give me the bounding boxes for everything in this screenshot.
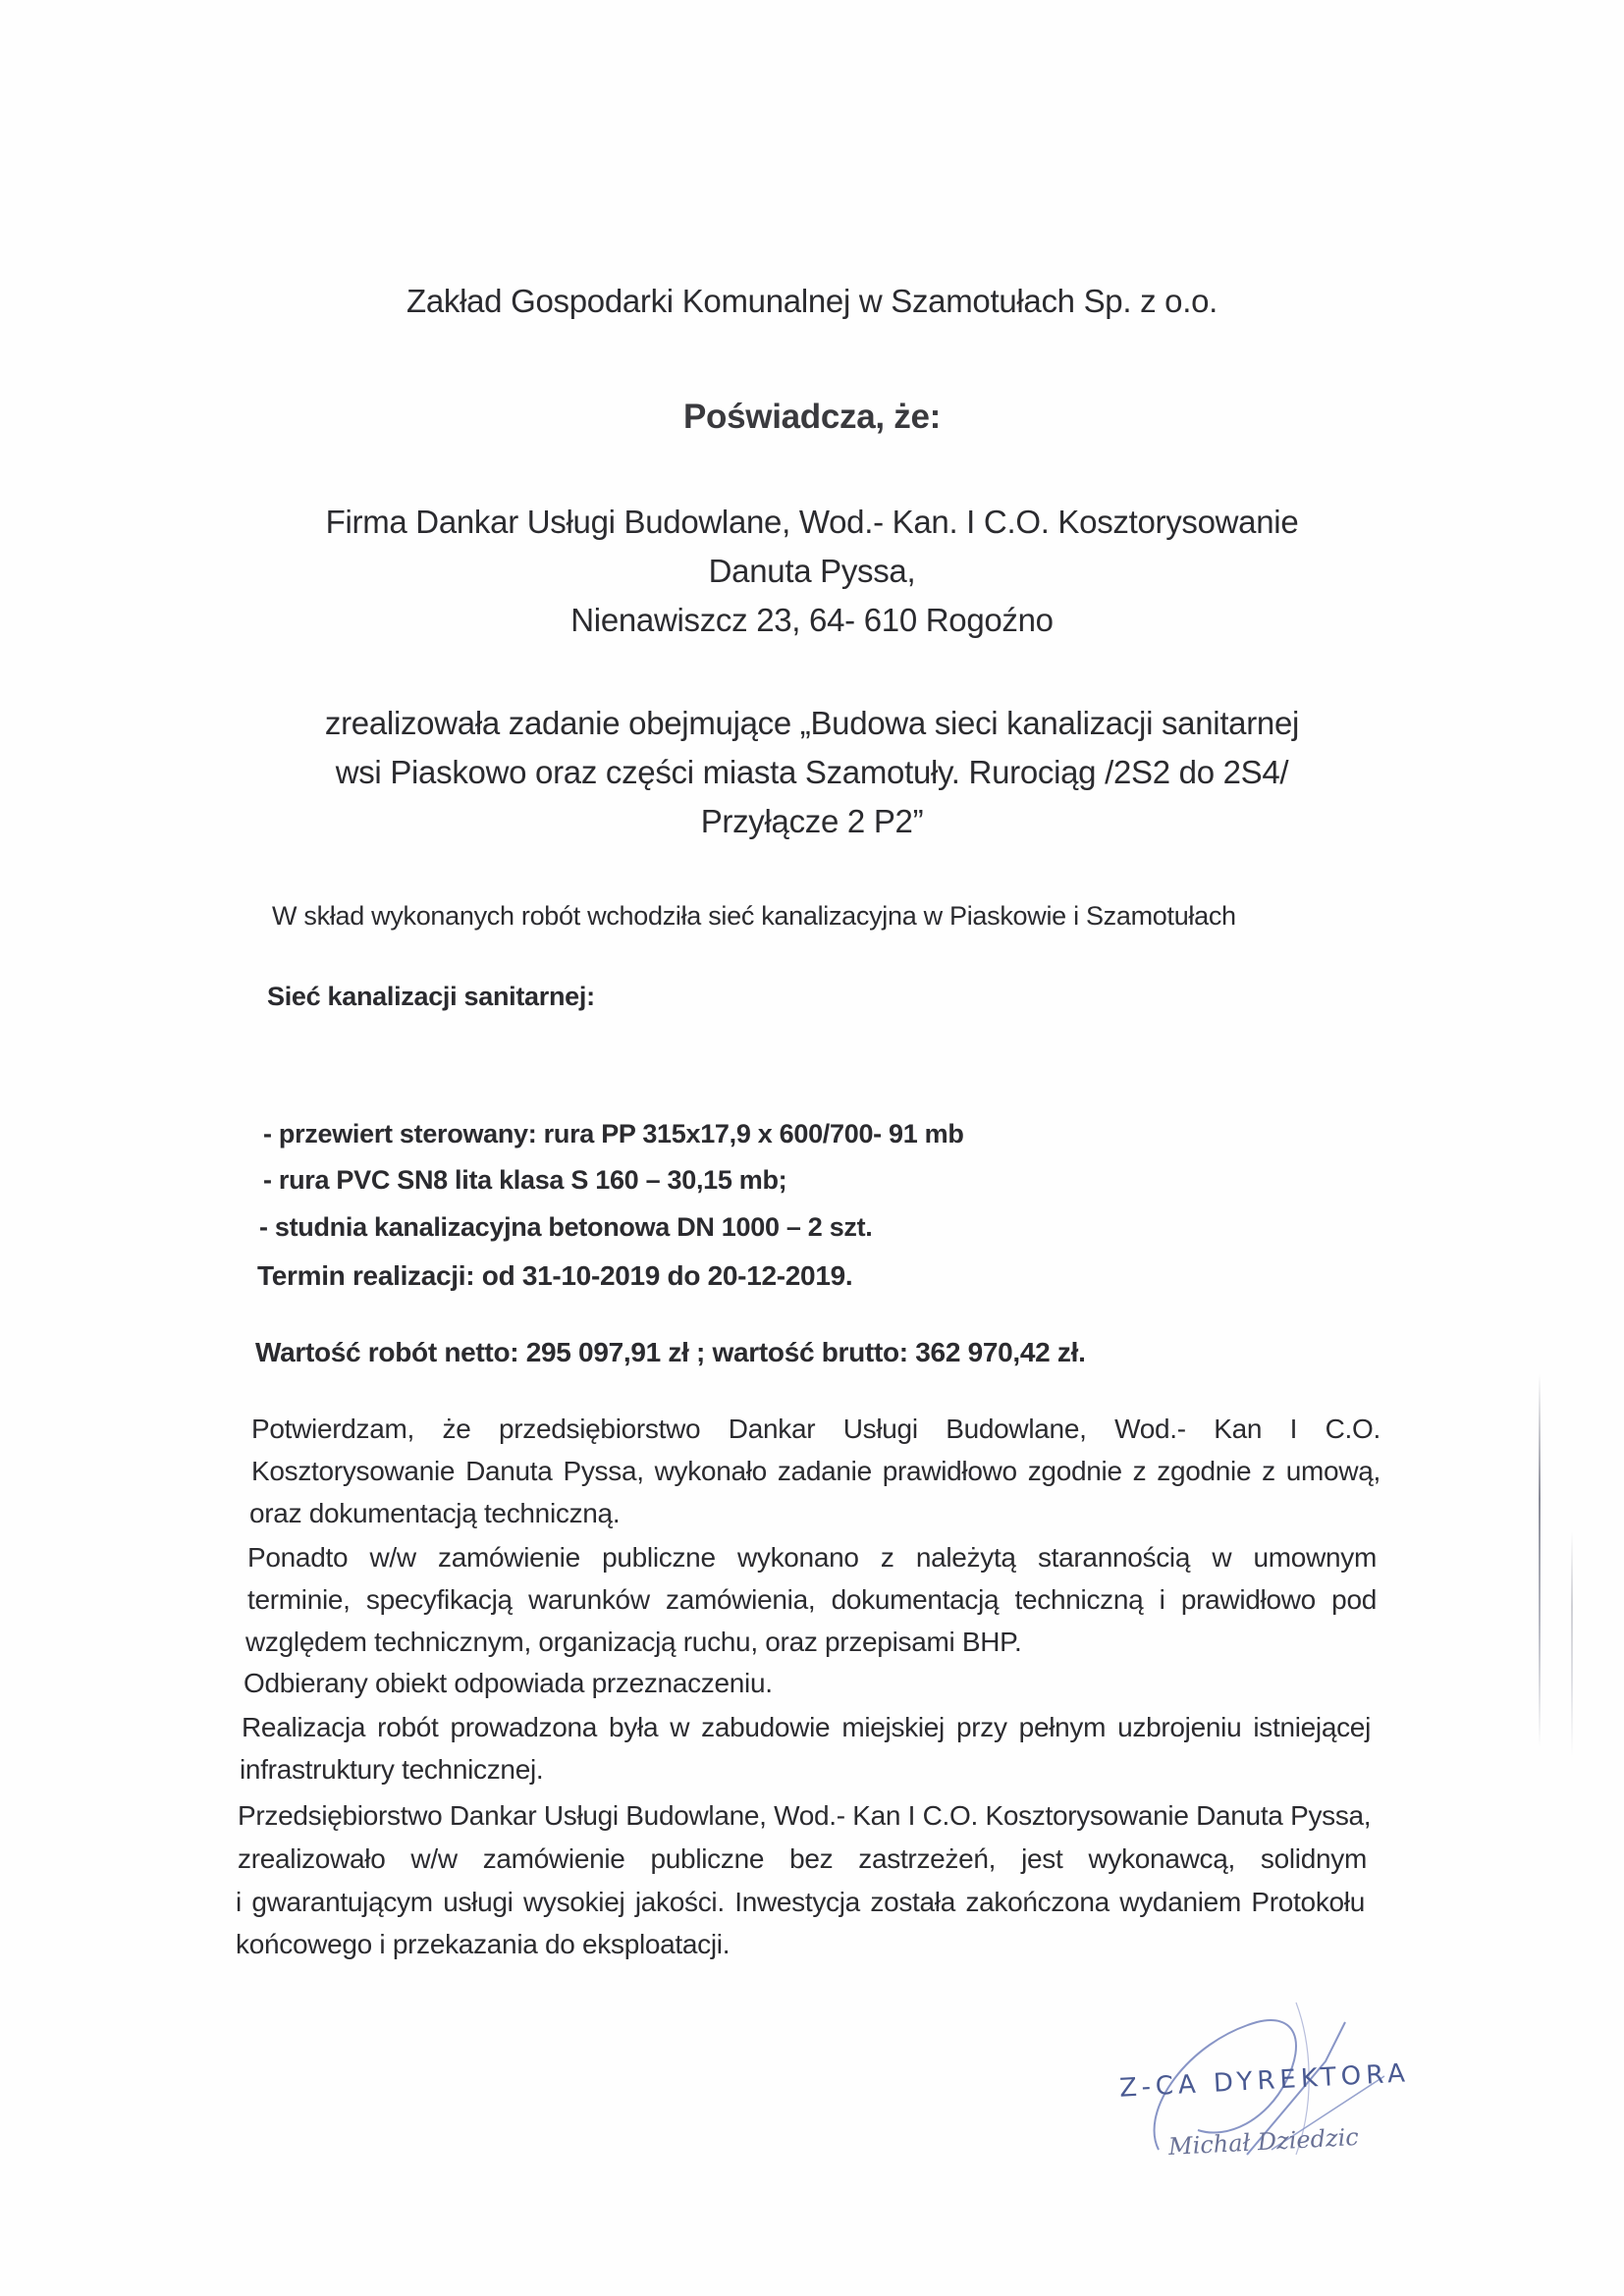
scan-artifact-line: [1571, 1531, 1573, 1757]
paragraph-line: i gwarantującym usługi wysokiej jakości.…: [236, 1887, 1365, 1918]
contractor-address: Nienawiszcz 23, 64- 610 Rogoźno: [0, 602, 1624, 639]
network-heading: Sieć kanalizacji sanitarnej:: [267, 982, 595, 1012]
certifies-heading: Poświadcza, że:: [0, 398, 1624, 437]
task-line1: zrealizowała zadanie obejmujące „Budowa …: [0, 705, 1624, 742]
list-item: - rura PVC SN8 lita klasa S 160 – 30,15 …: [263, 1165, 786, 1196]
paragraph-line: oraz dokumentacją techniczną.: [249, 1498, 620, 1529]
paragraph-line: Kosztorysowanie Danuta Pyssa, wykonało z…: [251, 1456, 1380, 1487]
task-line2: wsi Piaskowo oraz części miasta Szamotuł…: [0, 754, 1624, 791]
list-item: - przewiert sterowany: rura PP 315x17,9 …: [263, 1119, 964, 1149]
paragraph-line: Przedsiębiorstwo Dankar Usługi Budowlane…: [238, 1800, 1367, 1832]
contractor-name-line2: Danuta Pyssa,: [0, 553, 1624, 590]
paragraph-line: Realizacja robót prowadzona była w zabud…: [242, 1712, 1371, 1743]
scope-intro: W skład wykonanych robót wchodziła sieć …: [272, 901, 1236, 932]
paragraph-line: infrastruktury technicznej.: [240, 1754, 543, 1786]
scan-artifact-line: [1539, 1374, 1541, 1747]
paragraph-line: zrealizowało w/w zamówienie publiczne be…: [238, 1843, 1367, 1875]
paragraph-line: terminie, specyfikacją warunków zamówien…: [247, 1584, 1377, 1616]
list-item: - studnia kanalizacyjna betonowa DN 1000…: [259, 1212, 873, 1243]
paragraph-line: Potwierdzam, że przedsiębiorstwo Dankar …: [251, 1414, 1380, 1445]
paragraph-line: Odbierany obiekt odpowiada przeznaczeniu…: [244, 1668, 773, 1699]
document-page: Zakład Gospodarki Komunalnej w Szamotuła…: [0, 0, 1624, 2296]
paragraph-line: względem technicznym, organizacją ruchu,…: [245, 1627, 1021, 1658]
contractor-name-line1: Firma Dankar Usługi Budowlane, Wod.- Kan…: [0, 504, 1624, 541]
paragraph-line: Ponadto w/w zamówienie publiczne wykonan…: [247, 1542, 1377, 1574]
contract-value: Wartość robót netto: 295 097,91 zł ; war…: [255, 1337, 1086, 1368]
completion-term: Termin realizacji: od 31-10-2019 do 20-1…: [257, 1260, 852, 1292]
organization-name: Zakład Gospodarki Komunalnej w Szamotuła…: [0, 283, 1624, 320]
task-line3: Przyłącze 2 P2”: [0, 803, 1624, 840]
paragraph-line: końcowego i przekazania do eksploatacji.: [236, 1929, 730, 1960]
